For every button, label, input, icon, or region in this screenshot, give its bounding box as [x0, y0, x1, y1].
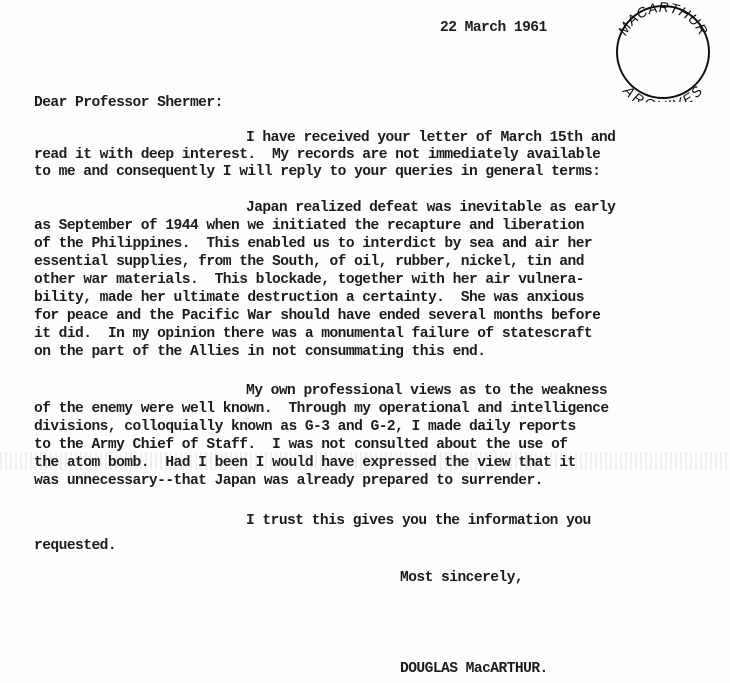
paragraph-line: of the Philippines. This enabled us to i…: [34, 236, 592, 253]
letter-page: 22 March 1961 MACARTHUR ARCHIVES Dear Pr…: [0, 0, 730, 683]
paragraph-line: of the enemy were well known. Through my…: [34, 401, 609, 418]
closing: Most sincerely,: [400, 570, 523, 587]
paragraph-line: as September of 1944 when we initiated t…: [34, 218, 584, 235]
paragraph-line: essential supplies, from the South, of o…: [34, 254, 584, 271]
paragraph-line: requested.: [34, 538, 116, 555]
paragraph-line: read it with deep interest. My records a…: [34, 147, 600, 164]
paragraph-line: was unnecessary--that Japan was already …: [34, 473, 543, 490]
letter-date: 22 March 1961: [440, 20, 547, 37]
paragraph-line: I trust this gives you the information y…: [246, 513, 591, 530]
stamp-bottom-text: ARCHIVES: [620, 82, 706, 102]
paragraph-line: divisions, colloquially known as G-3 and…: [34, 419, 576, 436]
paragraph-line: for peace and the Pacific War should hav…: [34, 308, 600, 325]
paragraph-line: My own professional views as to the weak…: [246, 383, 607, 400]
salutation: Dear Professor Shermer:: [34, 95, 223, 112]
paragraph-line: Japan realized defeat was inevitable as …: [246, 200, 615, 217]
paragraph-line: other war materials. This blockade, toge…: [34, 272, 584, 289]
paragraph-line: to the Army Chief of Staff. I was not co…: [34, 437, 568, 454]
paragraph-line: I have received your letter of March 15t…: [246, 130, 615, 147]
paragraph-line: bility, made her ultimate destruction a …: [34, 290, 584, 307]
svg-text:MACARTHUR: MACARTHUR: [615, 2, 712, 38]
paragraph-line: the atom bomb. Had I been I would have e…: [34, 455, 576, 472]
paragraph-line: it did. In my opinion there was a monume…: [34, 326, 592, 343]
signature: DOUGLAS MacARTHUR.: [400, 661, 548, 678]
paragraph-line: to me and consequently I will reply to y…: [34, 164, 600, 181]
macarthur-archives-stamp-icon: MACARTHUR ARCHIVES: [601, 2, 725, 102]
stamp-top-text: MACARTHUR: [615, 2, 712, 38]
paragraph-line: on the part of the Allies in not consumm…: [34, 344, 485, 361]
svg-text:ARCHIVES: ARCHIVES: [620, 82, 706, 102]
